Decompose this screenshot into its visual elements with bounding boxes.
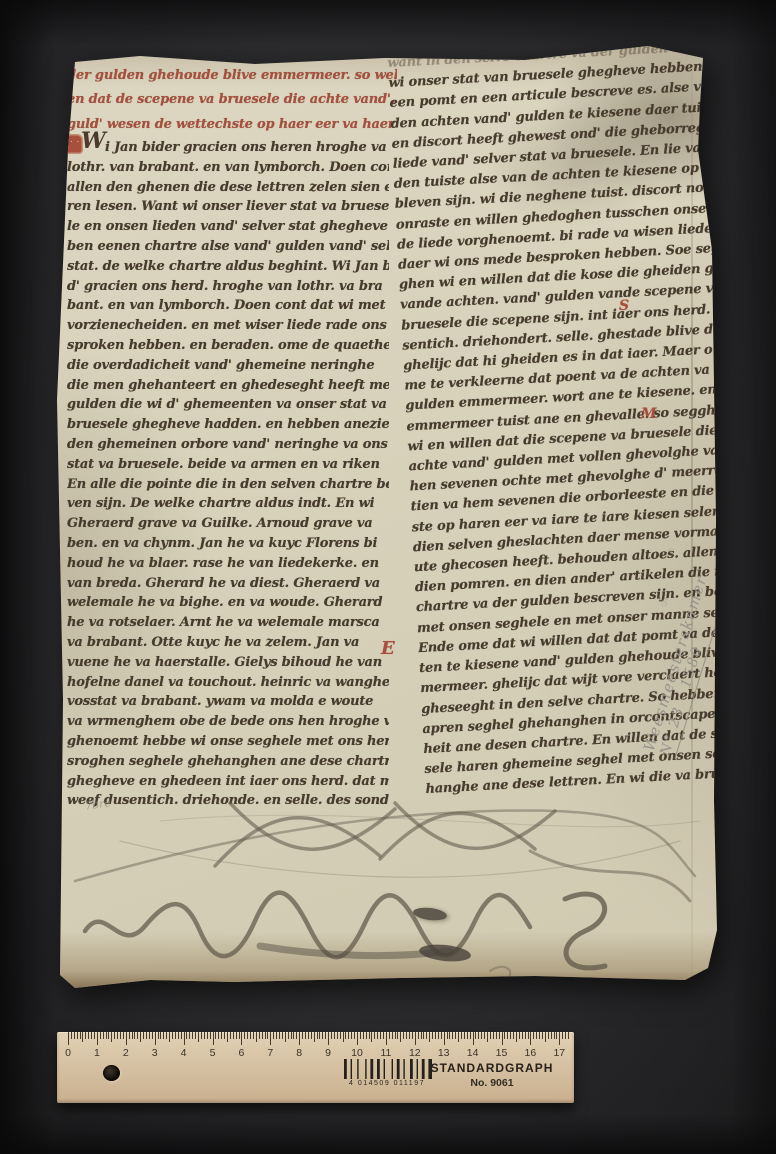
ruler-tick: [461, 1032, 462, 1039]
ruler-tick: [201, 1032, 202, 1039]
manuscript-text-line: die men ghehanteert en ghedeseght heeft …: [67, 376, 389, 396]
ruler-tick: [262, 1032, 263, 1039]
ruler-tick: [233, 1032, 234, 1039]
pencil-doodle: s: [661, 594, 668, 610]
ruler-tick: [82, 1032, 83, 1042]
ruler-tick: [94, 1032, 95, 1039]
ruler-tick: [403, 1032, 404, 1039]
ruler-cm-label: 15: [491, 1047, 513, 1059]
ruler-tick: [195, 1032, 196, 1039]
ruler-hanging-hole: [103, 1065, 120, 1081]
ruler-tick: [415, 1032, 416, 1045]
rubric-heading: der gulden ghehoude blive emmermeer. so …: [67, 64, 397, 137]
manuscript-text-line: gulden die wi d' ghemeenten va onser sta…: [67, 395, 389, 415]
ruler-tick: [380, 1032, 381, 1039]
ruler-tick: [169, 1032, 170, 1042]
pencil-doodle: s: [667, 544, 674, 560]
ruler-tick: [291, 1032, 292, 1039]
ruler-cm-label: 8: [288, 1047, 310, 1059]
ruler-tick: [478, 1032, 479, 1039]
ruler-tick: [305, 1032, 306, 1039]
ruler-cm-label: 12: [404, 1047, 426, 1059]
ruler-tick: [423, 1032, 424, 1039]
ruler-tick: [441, 1032, 442, 1039]
manuscript-text-line: lothr. van brabant. en van lymborch. Doe…: [67, 158, 389, 178]
ruler-cm-label: 5: [202, 1047, 224, 1059]
ruler-cm-label: 17: [548, 1047, 570, 1059]
ruler-tick: [111, 1032, 112, 1042]
ruler-tick: [270, 1032, 271, 1045]
ruler-tick: [395, 1032, 396, 1039]
ruler-tick: [192, 1032, 193, 1039]
ruler-tick: [519, 1032, 520, 1039]
ruler-tick: [259, 1032, 260, 1039]
ruler-cm-label: 10: [346, 1047, 368, 1059]
ruler-tick: [322, 1032, 323, 1039]
ruler-tick: [409, 1032, 410, 1039]
ruler-tick: [490, 1032, 491, 1039]
ruler-tick: [224, 1032, 225, 1039]
ruler-tick: [369, 1032, 370, 1039]
ruler-tick: [438, 1032, 439, 1039]
manuscript-text-line: bruesele ghegheve hadden. en hebben anez…: [67, 415, 389, 435]
ruler-tick: [227, 1032, 228, 1042]
ruler-tick: [293, 1032, 294, 1039]
ruler-tick: [158, 1032, 159, 1039]
ruler-cm-label: 6: [230, 1047, 252, 1059]
ruler-tick: [551, 1032, 552, 1039]
ruler-tick: [285, 1032, 286, 1042]
ruler-tick: [117, 1032, 118, 1039]
ruler-tick: [143, 1032, 144, 1039]
manuscript-text-line: stat va bruesele. beide va armen en va r…: [67, 455, 389, 475]
ruler-tick: [331, 1032, 332, 1039]
ruler-tick: [308, 1032, 309, 1039]
ruler-tick: [88, 1032, 89, 1039]
ruler-tick: [250, 1032, 251, 1039]
ruler-tick: [178, 1032, 179, 1039]
manuscript-text-line: vosstat va brabant. ywam va molda e wout…: [67, 692, 389, 712]
ruler-tick: [314, 1032, 315, 1042]
ruler-tick: [85, 1032, 86, 1039]
manuscript-text-line: vuene he va haerstalle. Gielys bihoud he…: [67, 653, 389, 673]
ruler-tick: [152, 1032, 153, 1039]
ruler-tick: [548, 1032, 549, 1039]
ruler-tick: [100, 1032, 101, 1039]
ruler-cm-label: 2: [115, 1047, 137, 1059]
ruler-tick: [184, 1032, 185, 1045]
ruler-tick: [389, 1032, 390, 1039]
parchment-wrapper: der gulden ghehoude blive emmermeer. so …: [55, 46, 720, 991]
ruler-cm-label: 14: [462, 1047, 484, 1059]
ruler-tick: [481, 1032, 482, 1039]
ruler-tick: [207, 1032, 208, 1039]
ruler-tick: [175, 1032, 176, 1039]
ruler-tick: [348, 1032, 349, 1039]
ruler-tick: [123, 1032, 124, 1039]
ruler-tick: [253, 1032, 254, 1039]
ruler-tick: [392, 1032, 393, 1039]
ruler-tick: [126, 1032, 127, 1045]
manuscript-text-line: En alle die pointe die in den selven cha…: [67, 475, 389, 495]
ruler-tick: [418, 1032, 419, 1039]
ruler-tick: [568, 1032, 569, 1039]
ruler-tick: [475, 1032, 476, 1039]
text-column-right: want in den selve chartre va der gulden …: [387, 37, 760, 801]
ruler-tick: [412, 1032, 413, 1039]
ink-flourish-signature: [60, 781, 710, 981]
manuscript-text-line: den ghemeinen orbore vand' neringhe va o…: [67, 435, 389, 455]
ruler-tick: [106, 1032, 107, 1039]
ruler-tick: [166, 1032, 167, 1039]
ruler-tick: [562, 1032, 563, 1039]
ruler-tick: [244, 1032, 245, 1039]
ruler-tick: [371, 1032, 372, 1042]
ruler-tick: [484, 1032, 485, 1039]
manuscript-text-line: die overdadicheit vand' ghemeine neringh…: [67, 356, 389, 376]
ruler-tick: [354, 1032, 355, 1039]
ruler-tick: [265, 1032, 266, 1039]
ruler-tick: [189, 1032, 190, 1039]
ruler-tick: [97, 1032, 98, 1045]
ruler-tick: [120, 1032, 121, 1039]
ruler-tick: [400, 1032, 401, 1042]
ruler-tick: [279, 1032, 280, 1039]
manuscript-text-line: ren lesen. Want wi onser liever stat va …: [67, 197, 389, 217]
manuscript-text-line: guld' wesen de wettechste op haer eer va…: [67, 113, 397, 137]
ruler-tick: [186, 1032, 187, 1039]
ruler-tick: [374, 1032, 375, 1039]
ruler-tick: [426, 1032, 427, 1039]
ruler-tick: [464, 1032, 465, 1039]
ruler-tick: [516, 1032, 517, 1042]
rubric-initial-e: E: [381, 638, 395, 659]
ruler-tick: [467, 1032, 468, 1039]
ruler-cm-label: 9: [317, 1047, 339, 1059]
ruler-tick: [319, 1032, 320, 1039]
ruler-tick: [536, 1032, 537, 1039]
ruler-tick: [181, 1032, 182, 1039]
ruler-tick: [239, 1032, 240, 1039]
manuscript-text-line: Gheraerd grave va Guilke. Arnoud grave v…: [67, 514, 389, 534]
ruler-tick: [160, 1032, 161, 1039]
ruler-tick: [296, 1032, 297, 1039]
ruler-tick: [449, 1032, 450, 1039]
manuscript-text-line: van breda. Gherard he va diest. Gheraerd…: [67, 574, 389, 594]
ruler-tick: [134, 1032, 135, 1039]
ruler-tick: [163, 1032, 164, 1039]
ruler-tick: [210, 1032, 211, 1039]
ruler-tick: [360, 1032, 361, 1039]
ruler-tick: [499, 1032, 500, 1039]
ruler-tick: [458, 1032, 459, 1042]
ruler-tick: [267, 1032, 268, 1039]
ruler-tick: [198, 1032, 199, 1042]
ruler-tick: [215, 1032, 216, 1039]
ruler-tick: [311, 1032, 312, 1039]
ruler-brand-name: STANDARDGRAPH: [407, 1061, 577, 1075]
ruler-tick: [487, 1032, 488, 1042]
ruler-tick: [554, 1032, 555, 1039]
ruler-tick: [337, 1032, 338, 1039]
ruler-tick: [213, 1032, 214, 1045]
ruler-tick: [432, 1032, 433, 1039]
ruler-cm-label: 0: [57, 1047, 79, 1059]
ruler-tick: [455, 1032, 456, 1039]
ruler-cm-label: 3: [144, 1047, 166, 1059]
manuscript-text-line: va brabant. Otte kuyc he va zelem. Jan v…: [67, 633, 389, 653]
manuscript-text-line: vorzienecheiden. en met wiser liede rade…: [67, 316, 389, 336]
ruler-tick: [542, 1032, 543, 1039]
ruler-tick: [140, 1032, 141, 1042]
ruler-tick: [340, 1032, 341, 1039]
ruler-tick: [282, 1032, 283, 1039]
ruler-tick: [406, 1032, 407, 1039]
ruler-tick: [363, 1032, 364, 1039]
ruler-tick: [397, 1032, 398, 1039]
text-column-left: i Jan bider gracien ons heren hroghe val…: [67, 138, 389, 811]
ruler-tick: [68, 1032, 69, 1045]
ruler-tick: [539, 1032, 540, 1039]
ruler-tick: [421, 1032, 422, 1039]
ruler-tick: [513, 1032, 514, 1039]
ruler-tick: [108, 1032, 109, 1039]
manuscript-text-line: ven sijn. De welke chartre aldus indt. E…: [67, 494, 389, 514]
ruler-tick: [533, 1032, 534, 1039]
ruler-tick: [386, 1032, 387, 1045]
manuscript-text-line: ben. en va chynm. Jan he va kuyc Florens…: [67, 534, 389, 554]
ruler-cm-label: 11: [375, 1047, 397, 1059]
ruler-cm-label: 1: [86, 1047, 108, 1059]
ruler-model-number: No. 9061: [407, 1077, 577, 1089]
ruler-tick: [447, 1032, 448, 1039]
ruler-tick: [357, 1032, 358, 1045]
ruler-tick: [510, 1032, 511, 1039]
manuscript-text-line: le en onsen lieden vand' selver stat ghe…: [67, 217, 389, 237]
manuscript-text-line: der gulden ghehoude blive emmermeer. so …: [67, 64, 397, 88]
ruler-tick: [429, 1032, 430, 1042]
manuscript-text-line: ben eenen chartre alse vand' gulden vand…: [67, 237, 389, 257]
ruler-cm-label: 4: [173, 1047, 195, 1059]
ruler-tick: [559, 1032, 560, 1045]
ruler-tick: [288, 1032, 289, 1039]
ruler-tick: [525, 1032, 526, 1039]
ruler-tick: [351, 1032, 352, 1039]
manuscript-text-line: allen den ghenen die dese lettren zelen …: [67, 178, 389, 198]
manuscript-text-line: sproken hebben. en beraden. ome de quaet…: [67, 336, 389, 356]
ruler-tick: [302, 1032, 303, 1039]
ruler-tick: [328, 1032, 329, 1045]
measuring-ruler: 01234567891011121314151617 4 014509 0111…: [57, 1032, 574, 1103]
ruler-tick: [522, 1032, 523, 1039]
ruler-tick: [103, 1032, 104, 1039]
ruler-tick: [444, 1032, 445, 1045]
ruler-tick: [172, 1032, 173, 1039]
ruler-tick: [366, 1032, 367, 1039]
manuscript-text-line: sroghen seghele ghehanghen ane dese char…: [67, 752, 389, 772]
ruler-tick: [146, 1032, 147, 1039]
ruler-tick: [502, 1032, 503, 1045]
ruler-tick: [530, 1032, 531, 1045]
manuscript-text-line: houd he va blaer. rase he van liedekerke…: [67, 554, 389, 574]
ruler-tick: [230, 1032, 231, 1039]
ruler-tick: [204, 1032, 205, 1039]
manuscript-text-line: i Jan bider gracien ons heren hroghe va: [67, 138, 389, 158]
manuscript-page: der gulden ghehoude blive emmermeer. so …: [55, 46, 720, 991]
ruler-tick: [556, 1032, 557, 1039]
ruler-tick: [565, 1032, 566, 1039]
ruler-tick: [149, 1032, 150, 1039]
ruler-tick: [129, 1032, 130, 1039]
ruler-tick: [299, 1032, 300, 1045]
ruler-tick: [241, 1032, 242, 1045]
ruler-tick: [247, 1032, 248, 1039]
ruler-cm-label: 7: [259, 1047, 281, 1059]
ruler-tick: [383, 1032, 384, 1039]
manuscript-text-line: he va rotselaer. Arnt he va welemale mar…: [67, 613, 389, 633]
manuscript-text-line: stat. de welke chartre aldus beghint. Wi…: [67, 257, 389, 277]
rubric-initial-s: S: [619, 298, 629, 314]
ruler-tick: [77, 1032, 78, 1039]
ruler-tick: [80, 1032, 81, 1039]
ruler-cm-label: 16: [519, 1047, 541, 1059]
ruler-tick: [325, 1032, 326, 1039]
ruler-tick: [452, 1032, 453, 1039]
ruler-tick: [71, 1032, 72, 1039]
manuscript-text-line: d' gracien ons herd. hroghe van lothr. v…: [67, 277, 389, 297]
ruler-tick: [91, 1032, 92, 1039]
manuscript-text-line: en dat de scepene va bruesele die achte …: [67, 88, 397, 112]
manuscript-text-line: welemale he va bighe. en va woude. Ghera…: [67, 593, 389, 613]
ruler-brand-block: STANDARDGRAPH No. 9061: [407, 1061, 577, 1089]
manuscript-text-line: va wrmenghem obe de bede ons hen hroghe …: [67, 712, 389, 732]
ruler-tick: [470, 1032, 471, 1039]
ruler-tick: [343, 1032, 344, 1042]
ruler-tick: [218, 1032, 219, 1039]
ruler-tick: [377, 1032, 378, 1039]
ruler-tick: [132, 1032, 133, 1039]
ruler-tick: [221, 1032, 222, 1039]
manuscript-text-line: ghenoemt hebbe wi onse seghele met ons h…: [67, 732, 389, 752]
ruler-tick: [493, 1032, 494, 1039]
ruler-tick: [74, 1032, 75, 1039]
ruler-tick: [276, 1032, 277, 1039]
ruler-tick: [273, 1032, 274, 1039]
ruler-tick: [545, 1032, 546, 1042]
ruler-tick: [155, 1032, 156, 1045]
ruler-cm-label: 13: [433, 1047, 455, 1059]
manuscript-text-line: hofelne danel va touchout. heinric va wa…: [67, 673, 389, 693]
ruler-tick: [528, 1032, 529, 1039]
photograph-of-manuscript: der gulden ghehoude blive emmermeer. so …: [0, 0, 776, 1154]
ruler-tick: [236, 1032, 237, 1039]
ruler-tick: [496, 1032, 497, 1039]
ruler-tick: [504, 1032, 505, 1039]
ruler-tick: [256, 1032, 257, 1042]
ruler-tick: [114, 1032, 115, 1039]
ruler-tick: [137, 1032, 138, 1039]
ruler-tick: [345, 1032, 346, 1039]
ruler-tick: [507, 1032, 508, 1039]
ruler-tick: [473, 1032, 474, 1045]
ruler-tick: [334, 1032, 335, 1039]
ruler-tick: [317, 1032, 318, 1039]
rubric-initial-m: M: [641, 406, 657, 422]
manuscript-text-line: bant. en van lymborch. Doen cont dat wi …: [67, 296, 389, 316]
ruler-tick: [435, 1032, 436, 1039]
